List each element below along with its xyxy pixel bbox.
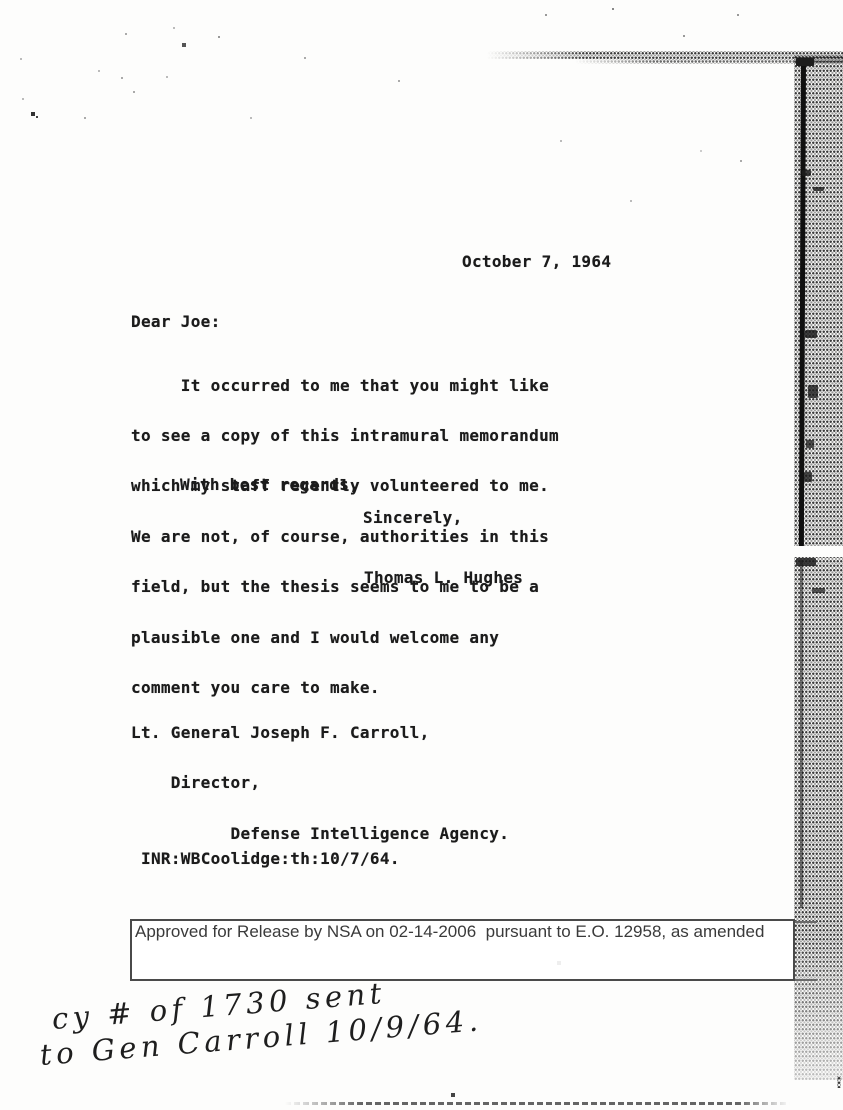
scan-black-line-lower [800, 560, 803, 908]
signature-name: Thomas L. Hughes [364, 570, 523, 587]
stamp-border-extension [795, 921, 817, 923]
scan-bottom-edge-line [285, 1102, 790, 1105]
scan-smudge [796, 558, 816, 566]
scan-band-gap [792, 546, 843, 557]
release-stamp-text: Approved for Release by NSA on 02-14-200… [135, 922, 764, 942]
body-line: to see a copy of this intramural memoran… [131, 428, 559, 445]
recipient-block: Lt. General Joseph F. Carroll, Director,… [131, 690, 509, 875]
body-line: It occurred to me that you might like [131, 378, 559, 395]
recipient-line: Director, [131, 774, 509, 791]
letter-date: October 7, 1964 [462, 254, 611, 271]
scanned-letter-page: October 7, 1964 Dear Joe: It occurred to… [0, 0, 843, 1110]
paper-speckles [0, 0, 2, 2]
scan-smudge [812, 588, 825, 593]
recipient-line: Lt. General Joseph F. Carroll, [131, 724, 509, 741]
scan-dotted-line-top [487, 51, 843, 59]
scan-smudge [808, 385, 818, 398]
scan-smudge [804, 472, 812, 482]
letter-signoff: Sincerely, [363, 510, 463, 527]
scan-smudge [802, 170, 811, 176]
reference-line: INR:WBCoolidge:th:10/7/64. [141, 851, 400, 868]
scan-smudge [806, 440, 814, 448]
scan-smudge [813, 187, 824, 191]
stamp-border-extension [795, 979, 817, 981]
scan-smudge [796, 58, 814, 66]
release-stamp-box: Approved for Release by NSA on 02-14-200… [130, 919, 795, 981]
scan-smudge [805, 330, 817, 338]
letter-body: It occurred to me that you might like to… [131, 344, 559, 730]
letter-salutation: Dear Joe: [131, 314, 221, 331]
body-line: We are not, of course, authorities in th… [131, 529, 559, 546]
letter-closing: With best regards, [180, 477, 359, 494]
body-line: plausible one and I would welcome any [131, 630, 559, 647]
scan-edge-tick [837, 1076, 841, 1088]
recipient-line: Defense Intelligence Agency. [131, 825, 509, 842]
